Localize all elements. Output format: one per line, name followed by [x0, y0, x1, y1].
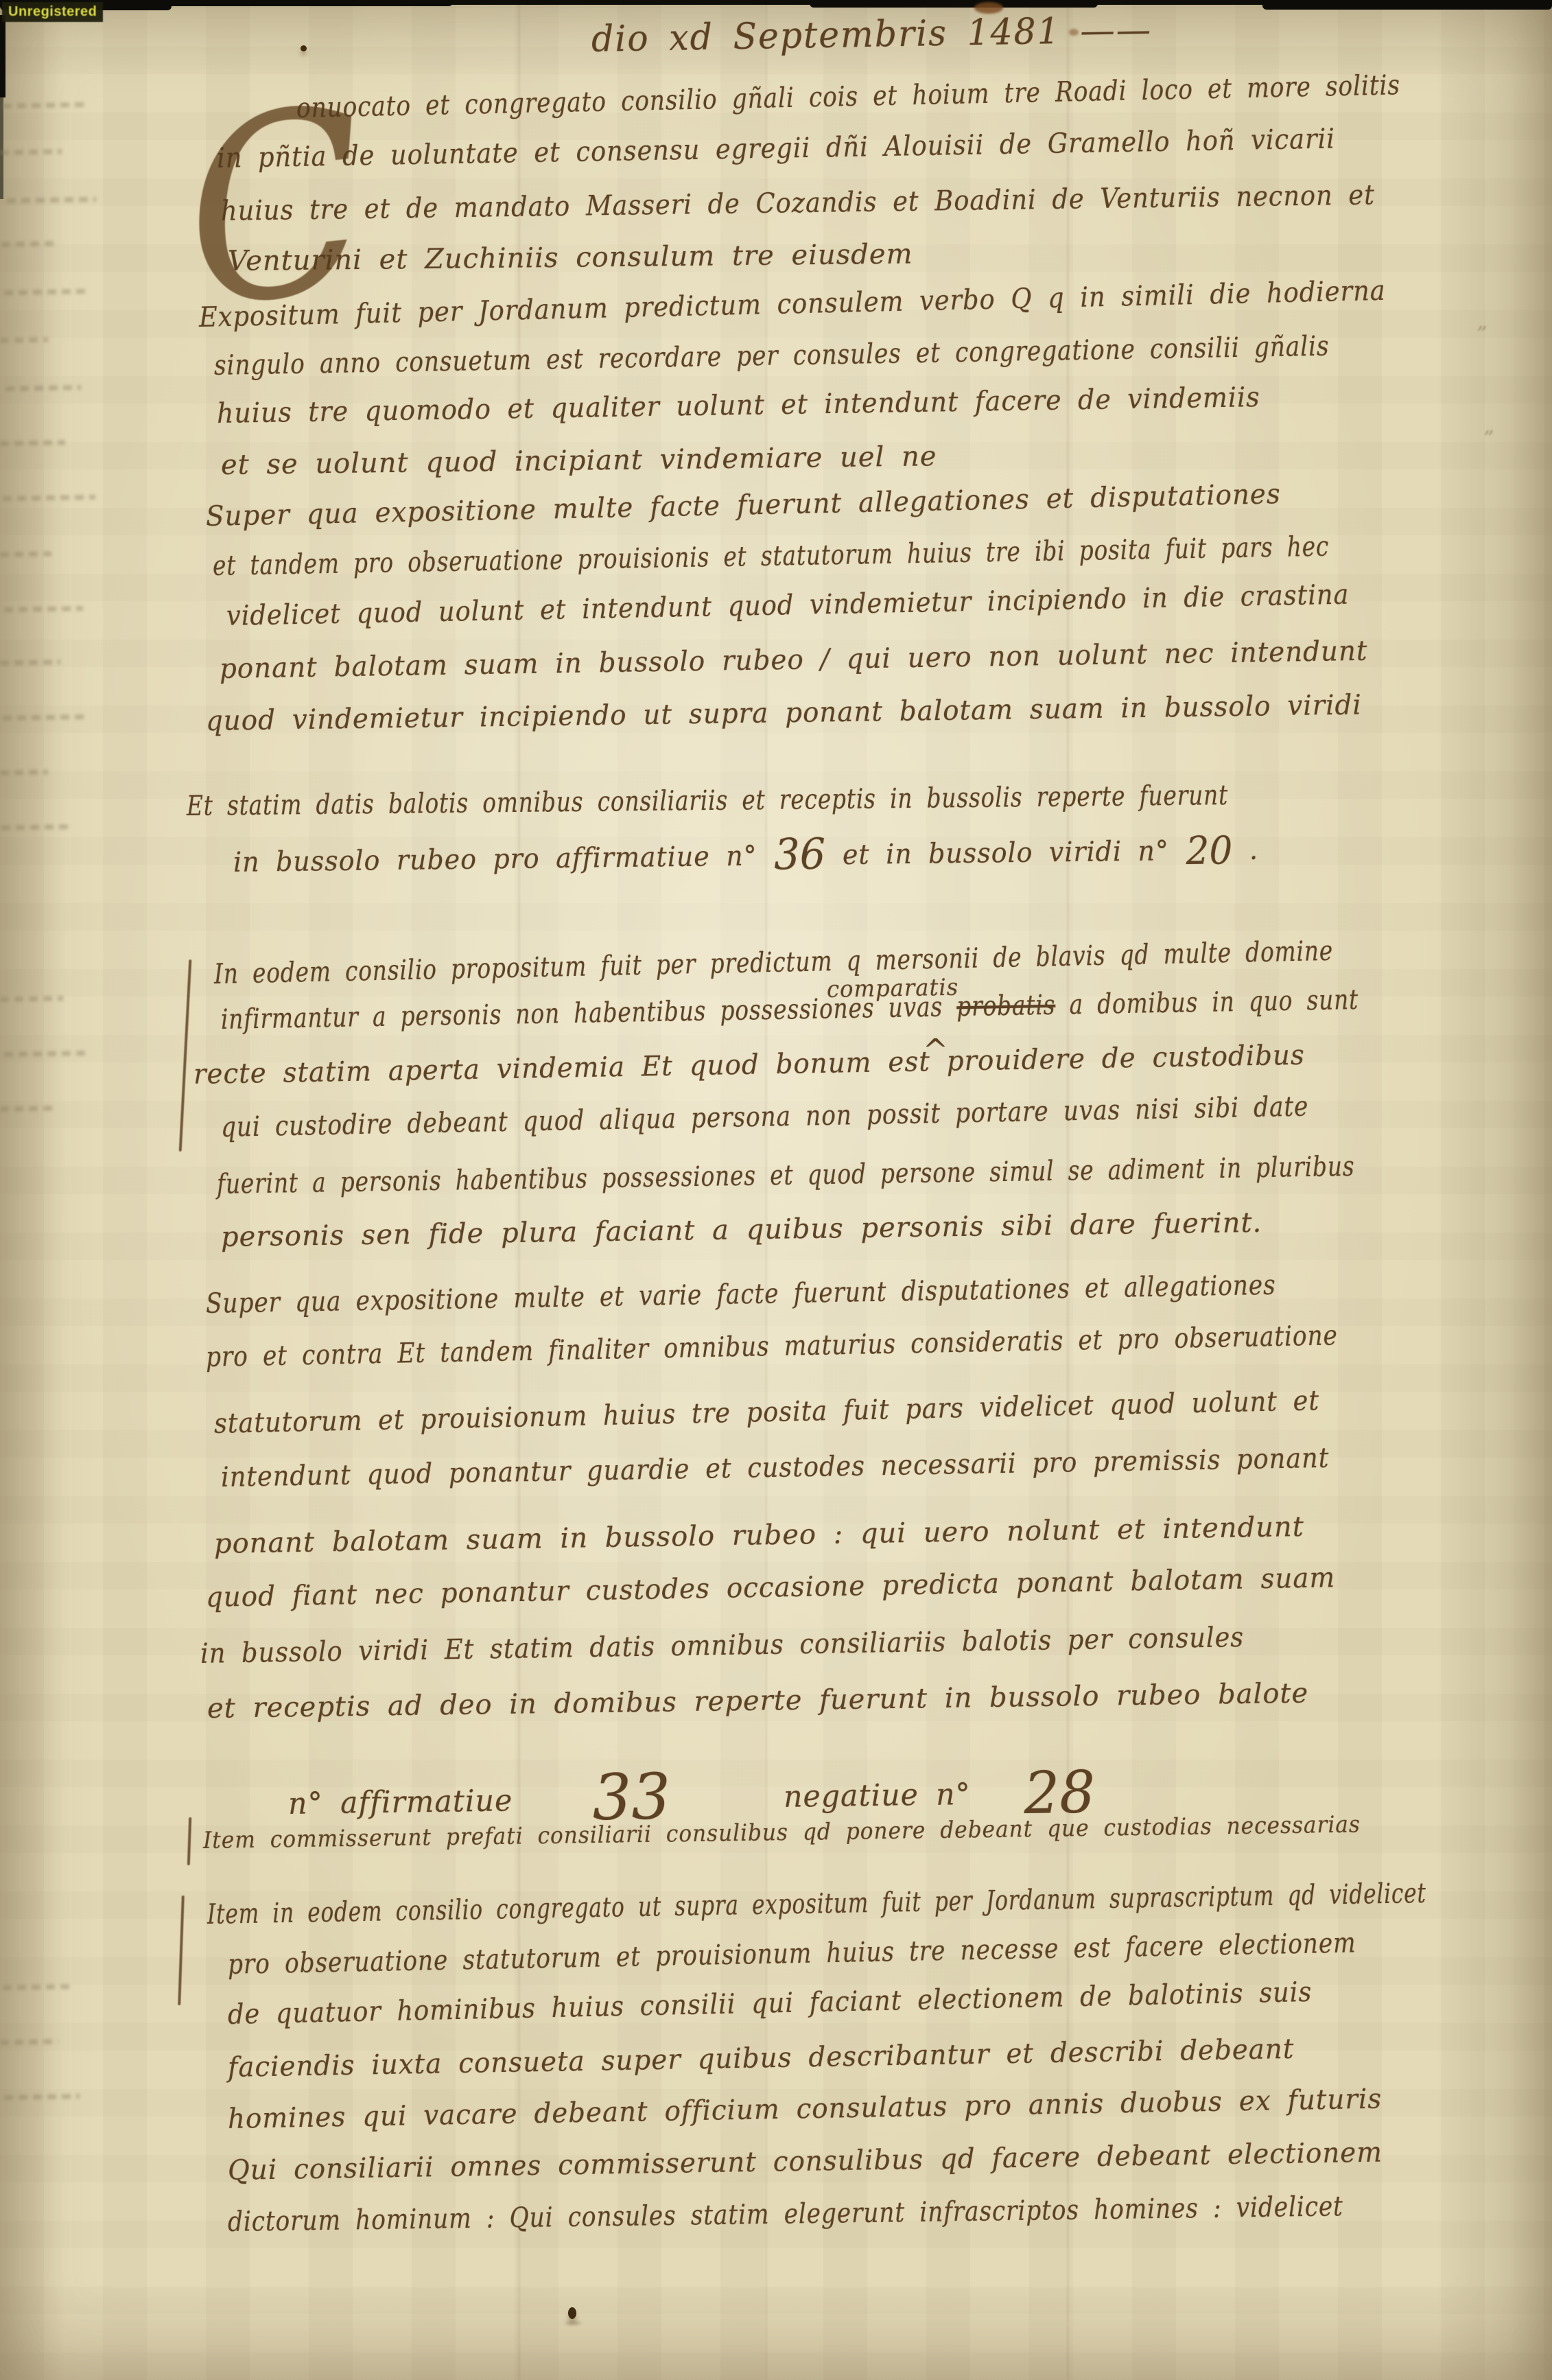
manuscript-scan: { "colors": { "paper": "#e4dab7", "ink":…: [0, 0, 1552, 2380]
ballot-count-affirmative: 36: [774, 828, 826, 879]
scanner-watermark: Unregistered: [2, 2, 103, 22]
scan-edge-fragment: [1529, 0, 1552, 9]
scan-edge-fragment: [810, 0, 1098, 8]
bleed-through-mark: [0, 551, 51, 557]
ink-blot-smear: [565, 2321, 580, 2325]
scan-edge-left: [0, 96, 3, 199]
ballot-text: et in bussolo viridi n°: [843, 835, 1169, 871]
bleed-through-mark: [0, 2039, 58, 2044]
ink-dot: [301, 45, 307, 51]
bleed-through-mark: [0, 337, 48, 342]
ink-blot: [568, 2307, 576, 2319]
text-segment: a domibus in quo sunt: [1069, 984, 1359, 1020]
bleed-through-mark: [1, 241, 56, 246]
ballot-label-affirmative: n° affirmatiue: [288, 1783, 513, 1821]
scan-edge-left: [0, 15, 5, 97]
ballot-count-viridi: 20: [1186, 828, 1232, 874]
marginal-tick: ”: [1483, 427, 1494, 451]
ballot-text: in bussolo rubeo pro affirmatiue n°: [233, 841, 757, 878]
interlinear-insertion: comparatis: [827, 974, 959, 1003]
marginal-tick: ”: [1477, 323, 1487, 347]
scan-edge-fragment: [1262, 0, 1552, 10]
bleed-through-mark: [0, 1106, 52, 1111]
struck-word: probatis: [956, 990, 1056, 1023]
scan-edge-fragment: [165, 0, 453, 6]
ballot-text: .: [1249, 835, 1259, 866]
bleed-through-mark: [0, 769, 48, 775]
ballot-label-negative: negatiue n°: [784, 1777, 971, 1815]
